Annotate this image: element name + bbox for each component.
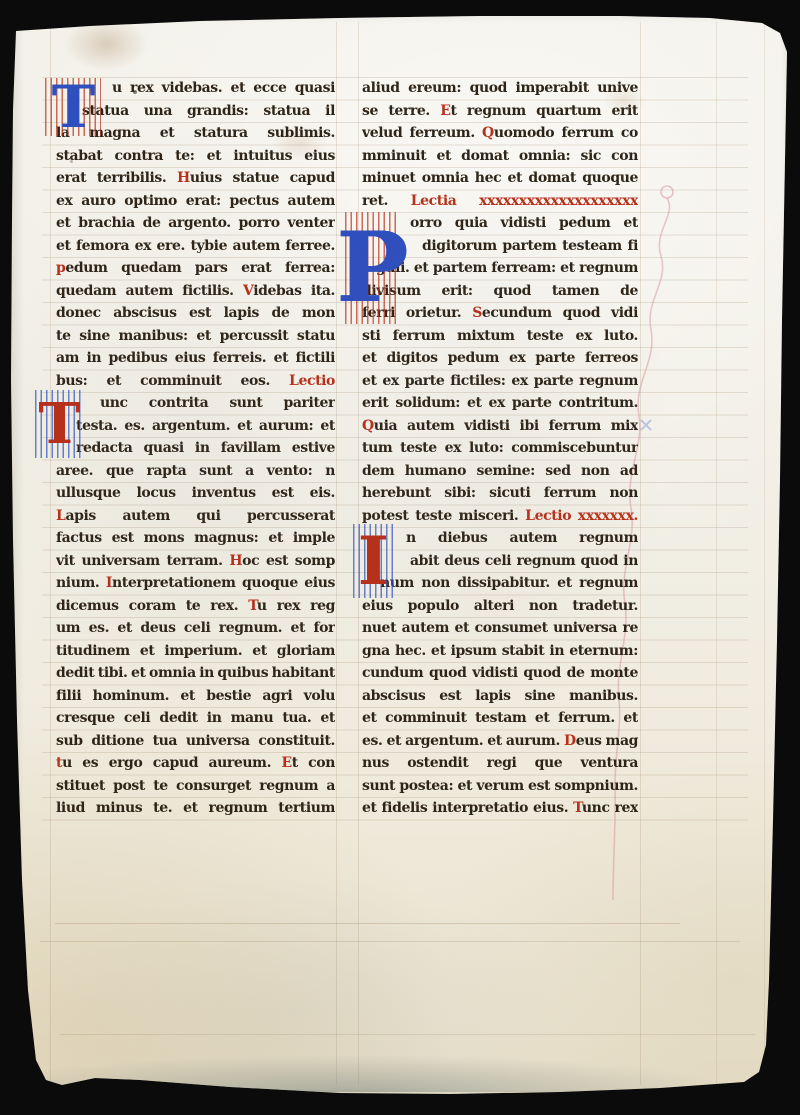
text-line: nium. Interpretationem quoque eius bbox=[56, 572, 335, 595]
text-line: erat terribilis. Huius statue capud bbox=[56, 167, 335, 190]
text-line: potest teste misceri. Lectio xxxxxxx. bbox=[362, 505, 638, 528]
body-text: erit solidum: et ex parte contritum. bbox=[362, 395, 638, 411]
body-text: unc rex bbox=[582, 800, 638, 816]
text-line: nus ostendit regi que ventura bbox=[362, 752, 638, 775]
text-line: Lapis autem qui percusserat statuam: bbox=[56, 505, 335, 528]
rubric-text: T bbox=[248, 598, 257, 614]
body-text: liud minus te. et regnum tertium bbox=[56, 800, 335, 816]
rubric-text: E bbox=[281, 755, 291, 771]
text-line: nuet autem et consumet universa re bbox=[362, 617, 638, 640]
initial-letter: P bbox=[336, 220, 408, 316]
body-text: es. et argentum. et aurum. bbox=[362, 733, 564, 749]
body-text: unc contrita sunt pariter ferrum. bbox=[100, 395, 335, 415]
text-line: erit solidum: et ex parte contritum. bbox=[362, 392, 638, 415]
text-line: et brachia de argento. porro venter bbox=[56, 212, 335, 235]
body-text: erat terribilis. bbox=[56, 170, 177, 186]
body-text: u rex reg bbox=[257, 598, 335, 614]
rubric-text: Lectio xxxxxxx. bbox=[525, 508, 638, 524]
body-text: sunt postea: et verum est sompnium. bbox=[362, 778, 638, 794]
text-line: Quia autem vidisti ibi ferrum mix bbox=[362, 415, 638, 438]
body-text: bus: et comminuit eos. bbox=[56, 373, 289, 389]
decorated-initial-T: T bbox=[32, 387, 86, 461]
text-line: te sine manibus: et percussit statu bbox=[56, 325, 335, 348]
body-text: redacta quasi in favillam estive bbox=[76, 440, 335, 456]
initial-letter: I bbox=[358, 528, 388, 594]
text-line: es. et argentum. et aurum. Deus mag bbox=[362, 730, 638, 753]
text-line: donec abscisus est lapis de mon bbox=[56, 302, 335, 325]
body-text: apis autem qui percusserat statuam: bbox=[56, 508, 335, 528]
text-line: sti ferrum mixtum teste ex luto. bbox=[362, 325, 638, 348]
body-text: testa. es. argentum. et aurum: et bbox=[76, 418, 335, 434]
text-line: et ex parte fictiles: ex parte regnum bbox=[362, 370, 638, 393]
text-line: tum teste ex luto: commiscebuntur qui bbox=[362, 437, 638, 460]
text-line: abscisus est lapis sine manibus. bbox=[362, 685, 638, 708]
body-text: digitorum partem testeam fi bbox=[422, 238, 638, 254]
text-line: factus est mons magnus: et imple bbox=[56, 527, 335, 550]
text-line: mminuit et domat omnia: sic con bbox=[362, 145, 638, 168]
body-text: tum teste ex luto: commiscebuntur qui bbox=[362, 440, 638, 460]
text-line: unc contrita sunt pariter ferrum. bbox=[56, 392, 335, 415]
body-text: gna hec. et ipsum stabit in eternum: se bbox=[362, 643, 638, 663]
body-text: u rex videbas. et ecce quasi bbox=[112, 80, 335, 96]
body-text: sub ditione tua universa constituit. bbox=[56, 733, 335, 749]
body-text: dem humano semine: sed non ad bbox=[362, 463, 638, 479]
text-line: dicemus coram te rex. Tu rex reg bbox=[56, 595, 335, 618]
body-text: n diebus autem regnum illorum suscit bbox=[406, 530, 638, 550]
body-text: num non dissipabitur. et regnum bbox=[380, 575, 638, 591]
body-text: cundum quod vidisti quod de monte bbox=[362, 665, 638, 681]
rubric-text: S bbox=[472, 305, 482, 321]
body-text: te sine manibus: et percussit statu bbox=[56, 328, 335, 344]
rubric-text: H bbox=[229, 553, 242, 569]
ruling-line-vertical bbox=[336, 22, 337, 1085]
text-line: bus: et comminuit eos. Lectio xxxxxxx. bbox=[56, 370, 335, 393]
rubric-text: D bbox=[564, 733, 576, 749]
text-line: et fidelis interpretatio eius. Tunc rex bbox=[362, 797, 638, 820]
body-text: mminuit et domat omnia: sic con bbox=[362, 148, 638, 164]
body-text: filii hominum. et bestie agri volu bbox=[56, 688, 335, 704]
body-text: uius statue capud bbox=[190, 170, 335, 186]
text-line: minuet omnia hec et domat quoque te bbox=[362, 167, 638, 190]
text-line: um es. et deus celi regnum. et for bbox=[56, 617, 335, 640]
body-text: am in pedibus eius ferreis. et fictili bbox=[56, 350, 335, 366]
text-column-right: aliud ereum: quod imperabit univese terr… bbox=[362, 77, 638, 820]
text-line: se terre. Et regnum quartum erit bbox=[362, 100, 638, 123]
body-text: uia autem vidisti ibi ferrum mix bbox=[374, 418, 638, 434]
body-text: et fidelis interpretatio eius. bbox=[362, 800, 573, 816]
body-text: herebunt sibi: sicuti ferrum non bbox=[362, 485, 638, 501]
rubric-text: Lectia xxxxxxxxxxxxxxxxxxxx bbox=[411, 193, 638, 209]
body-text: eius populo alteri non tradetur. bbox=[362, 598, 638, 614]
body-text: ret. bbox=[362, 193, 411, 209]
body-text: et femora ex ere. tybie autem ferree. bbox=[56, 238, 335, 254]
body-text: se terre. bbox=[362, 103, 440, 119]
manuscript-leaf: u rex videbas. et ecce quasistatua una g… bbox=[0, 0, 800, 1115]
text-line: titudinem et imperium. et gloriam bbox=[56, 640, 335, 663]
ruling-line-bottom-margin bbox=[55, 923, 680, 924]
body-text: stabat contra te: et intuitus eius bbox=[56, 148, 335, 164]
bottom-edge-discoloration bbox=[0, 1044, 800, 1092]
rubric-text: T bbox=[573, 800, 582, 816]
text-line: pedum quedam pars erat ferrea: bbox=[56, 257, 335, 280]
text-line: liud minus te. et regnum tertium bbox=[56, 797, 335, 820]
body-text: eus mag bbox=[576, 733, 638, 749]
ruling-line-bottom-margin bbox=[60, 1034, 755, 1035]
ruling-line-vertical bbox=[50, 22, 51, 1085]
photo-background: u rex videbas. et ecce quasistatua una g… bbox=[0, 0, 800, 1115]
text-line: et digitos pedum ex parte ferreos bbox=[362, 347, 638, 370]
rubric-text: E bbox=[440, 103, 450, 119]
body-text: guli. et partem ferream: et regnum bbox=[376, 260, 638, 276]
text-line: n diebus autem regnum illorum suscit bbox=[362, 527, 638, 550]
ruling-line-vertical bbox=[716, 22, 717, 1085]
body-text: idebas ita. bbox=[253, 283, 335, 299]
body-text: u es ergo capud aureum. bbox=[62, 755, 281, 771]
text-line: sub ditione tua universa constituit. bbox=[56, 730, 335, 753]
body-text: edum quedam pars erat ferrea: bbox=[65, 260, 335, 276]
text-line: ret. Lectia xxxxxxxxxxxxxxxxxxxx bbox=[362, 190, 638, 213]
text-line: ullusque locus inventus est eis. bbox=[56, 482, 335, 505]
text-line: tu es ergo capud aureum. Et con bbox=[56, 752, 335, 775]
ruling-line-vertical bbox=[640, 22, 641, 1085]
rubric-text: Q bbox=[362, 418, 374, 434]
ruling-line-bottom-margin bbox=[40, 941, 740, 942]
decorated-initial-T: T bbox=[42, 75, 104, 139]
initial-letter: T bbox=[38, 396, 79, 452]
body-text: aree. que rapta sunt a vento: n bbox=[56, 463, 335, 479]
text-line: cresque celi dedit in manu tua. et bbox=[56, 707, 335, 730]
text-line: testa. es. argentum. et aurum: et bbox=[56, 415, 335, 438]
body-text: nium. bbox=[56, 575, 106, 591]
text-line: cundum quod vidisti quod de monte bbox=[362, 662, 638, 685]
body-text: aliud ereum: quod imperabit unive bbox=[362, 80, 638, 96]
text-line: stabat contra te: et intuitus eius bbox=[56, 145, 335, 168]
body-text: abscisus est lapis sine manibus. bbox=[362, 688, 638, 704]
initial-letter: T bbox=[52, 78, 95, 136]
body-text: quedam autem fictilis. bbox=[56, 283, 243, 299]
rubric-text: V bbox=[243, 283, 253, 299]
body-text: oc est somp bbox=[242, 553, 335, 569]
body-text: ecundum quod vidi bbox=[482, 305, 638, 321]
text-line: aliud ereum: quod imperabit unive bbox=[362, 77, 638, 100]
text-line: gna hec. et ipsum stabit in eternum: se bbox=[362, 640, 638, 663]
text-line: sunt postea: et verum est sompnium. bbox=[362, 775, 638, 798]
text-line: dem humano semine: sed non ad bbox=[362, 460, 638, 483]
body-text: donec abscisus est lapis de mon bbox=[56, 305, 335, 321]
rubric-text: H bbox=[177, 170, 190, 186]
text-line: ex auro optimo erat: pectus autem bbox=[56, 190, 335, 213]
body-text: minuet omnia hec et domat quoque te bbox=[362, 170, 638, 190]
decorated-initial-I: I bbox=[350, 521, 396, 601]
text-line: dedit tibi. et omnia in quibus habitant bbox=[56, 662, 335, 685]
text-line: am in pedibus eius ferreis. et fictili bbox=[56, 347, 335, 370]
body-text: et ex parte fictiles: ex parte regnum bbox=[362, 373, 638, 389]
text-line: aree. que rapta sunt a vento: n bbox=[56, 460, 335, 483]
body-text: t regnum quartum erit bbox=[450, 103, 638, 119]
text-line: vit universam terram. Hoc est somp bbox=[56, 550, 335, 573]
text-line: num non dissipabitur. et regnum bbox=[362, 572, 638, 595]
ruling-line-vertical bbox=[764, 22, 765, 1085]
body-text: nuet autem et consumet universa re bbox=[362, 620, 638, 636]
text-line: filii hominum. et bestie agri volu bbox=[56, 685, 335, 708]
text-line: et femora ex ere. tybie autem ferree. bbox=[56, 235, 335, 258]
text-line: quedam autem fictilis. Videbas ita. bbox=[56, 280, 335, 303]
body-text: et brachia de argento. porro venter bbox=[56, 215, 335, 231]
body-text: nterpretationem quoque eius bbox=[112, 575, 335, 591]
text-line: abit deus celi regnum quod in eter bbox=[362, 550, 638, 573]
body-text: factus est mons magnus: et imple bbox=[56, 530, 335, 546]
body-text: statua una grandis: statua il bbox=[82, 103, 335, 119]
text-line: et comminuit testam et ferrum. et bbox=[362, 707, 638, 730]
body-text: et digitos pedum ex parte ferreos bbox=[362, 350, 638, 366]
text-line: herebunt sibi: sicuti ferrum non bbox=[362, 482, 638, 505]
body-text: cresque celi dedit in manu tua. et bbox=[56, 710, 335, 726]
text-line: redacta quasi in favillam estive bbox=[56, 437, 335, 460]
rubric-text: Q bbox=[482, 125, 494, 141]
body-text: ex auro optimo erat: pectus autem bbox=[56, 193, 335, 209]
body-text: dicemus coram te rex. bbox=[56, 598, 248, 614]
body-text: orro quia vidisti pedum et bbox=[410, 215, 638, 231]
text-line: stituet post te consurget regnum a bbox=[56, 775, 335, 798]
body-text: um es. et deus celi regnum. et for bbox=[56, 620, 335, 636]
body-text: vit universam terram. bbox=[56, 553, 229, 569]
body-text: ullusque locus inventus est eis. bbox=[56, 485, 335, 501]
decorated-initial-P: P bbox=[342, 209, 402, 327]
body-text: dedit tibi. et omnia in quibus habitant bbox=[56, 665, 335, 681]
body-text: et comminuit testam et ferrum. et bbox=[362, 710, 638, 726]
body-text: sti ferrum mixtum teste ex luto. bbox=[362, 328, 638, 344]
body-text: t con bbox=[292, 755, 335, 771]
body-text: velud ferreum. bbox=[362, 125, 482, 141]
body-text: nus ostendit regi que ventura bbox=[362, 755, 638, 771]
text-line: eius populo alteri non tradetur. Commi bbox=[362, 595, 638, 618]
rubric-text: p bbox=[56, 260, 65, 276]
body-text: stituet post te consurget regnum a bbox=[56, 778, 335, 794]
body-text: abit deus celi regnum quod in eter bbox=[410, 553, 638, 573]
body-text: uomodo ferrum co bbox=[494, 125, 638, 141]
text-column-left: u rex videbas. et ecce quasistatua una g… bbox=[56, 77, 335, 820]
body-text: titudinem et imperium. et gloriam bbox=[56, 643, 335, 659]
text-line: velud ferreum. Quomodo ferrum co bbox=[362, 122, 638, 145]
